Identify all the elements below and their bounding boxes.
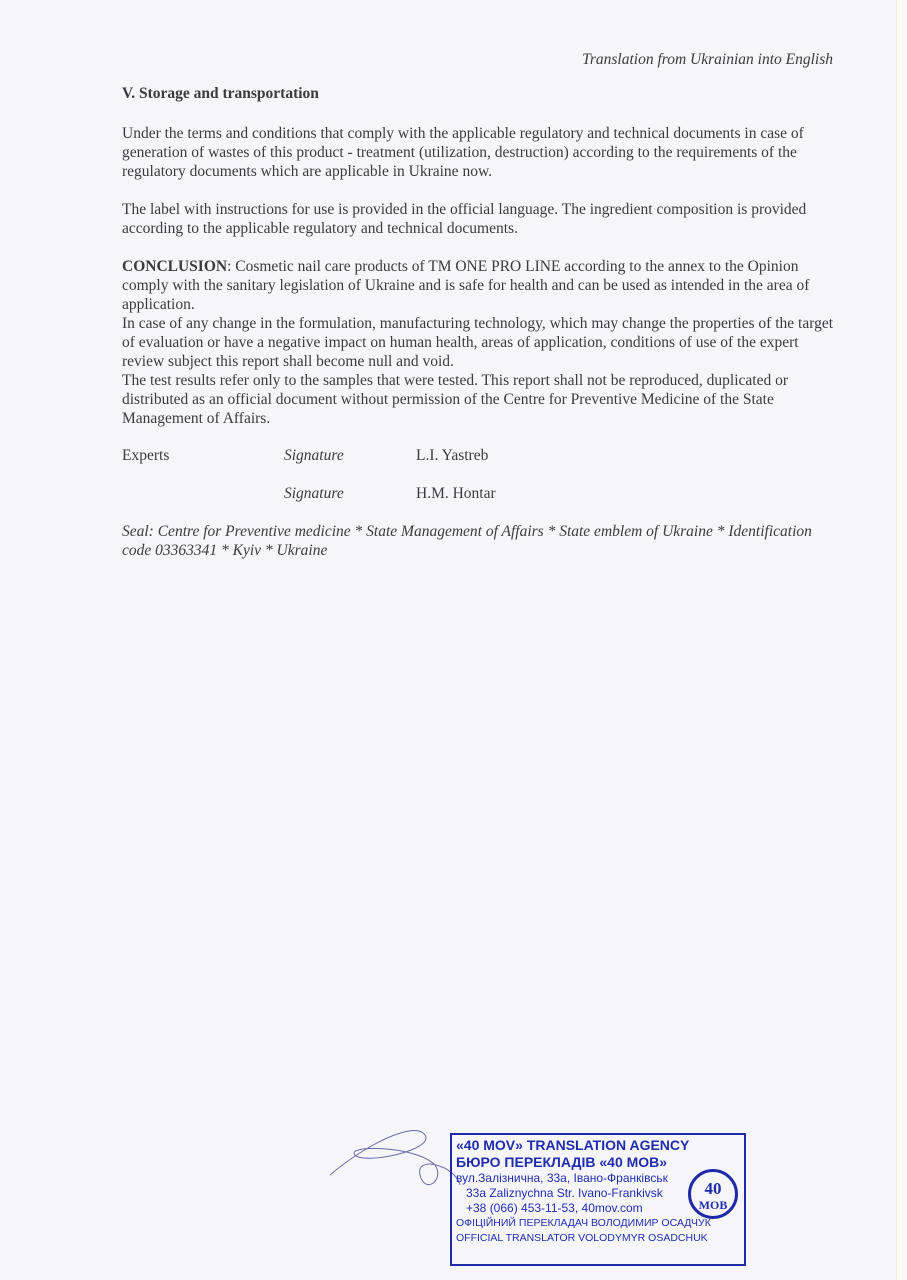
conclusion-label: CONCLUSION (122, 258, 227, 275)
seal-description: Seal: Centre for Preventive medicine * S… (122, 522, 842, 560)
stamp-line: «40 MOV» TRANSLATION AGENCY (456, 1137, 740, 1154)
expert-signature: Signature (284, 484, 344, 503)
paragraph-results: The test results refer only to the sampl… (122, 371, 842, 428)
expert-row-2: Signature H.M. Hontar (122, 484, 842, 522)
logo-text: МОВ (691, 1197, 735, 1214)
stamp-line: БЮРО ПЕРЕКЛАДІВ «40 МОВ» (456, 1154, 740, 1171)
stamp-line: OFFICIAL TRANSLATOR VOLODYMYR OSADCHUK (456, 1231, 740, 1246)
paragraph-change: In case of any change in the formulation… (122, 314, 842, 371)
expert-row-1: Experts Signature L.I. Yastreb (122, 446, 842, 484)
translation-header: Translation from Ukrainian into English (582, 51, 833, 69)
document-body: V. Storage and transportation Under the … (122, 84, 842, 560)
paragraph-conclusion: CONCLUSION: Cosmetic nail care products … (122, 257, 842, 314)
expert-name: L.I. Yastreb (416, 446, 488, 465)
logo-text: 40 (691, 1180, 735, 1197)
stamp-line: ОФІЦІЙНИЙ ПЕРЕКЛАДАЧ ВОЛОДИМИР ОСАДЧУК (456, 1216, 740, 1231)
translation-agency-stamp: «40 MOV» TRANSLATION AGENCY БЮРО ПЕРЕКЛА… (450, 1133, 746, 1266)
expert-signature: Signature (284, 446, 344, 465)
section-title: V. Storage and transportation (122, 84, 842, 103)
page-edge (896, 0, 907, 1280)
paragraph-label: The label with instructions for use is p… (122, 200, 842, 238)
agency-logo-icon: 40 МОВ (688, 1169, 738, 1219)
expert-name: H.M. Hontar (416, 484, 496, 503)
paragraph-storage: Under the terms and conditions that comp… (122, 124, 842, 181)
handwritten-signature (325, 1125, 465, 1195)
experts-label: Experts (122, 446, 169, 465)
